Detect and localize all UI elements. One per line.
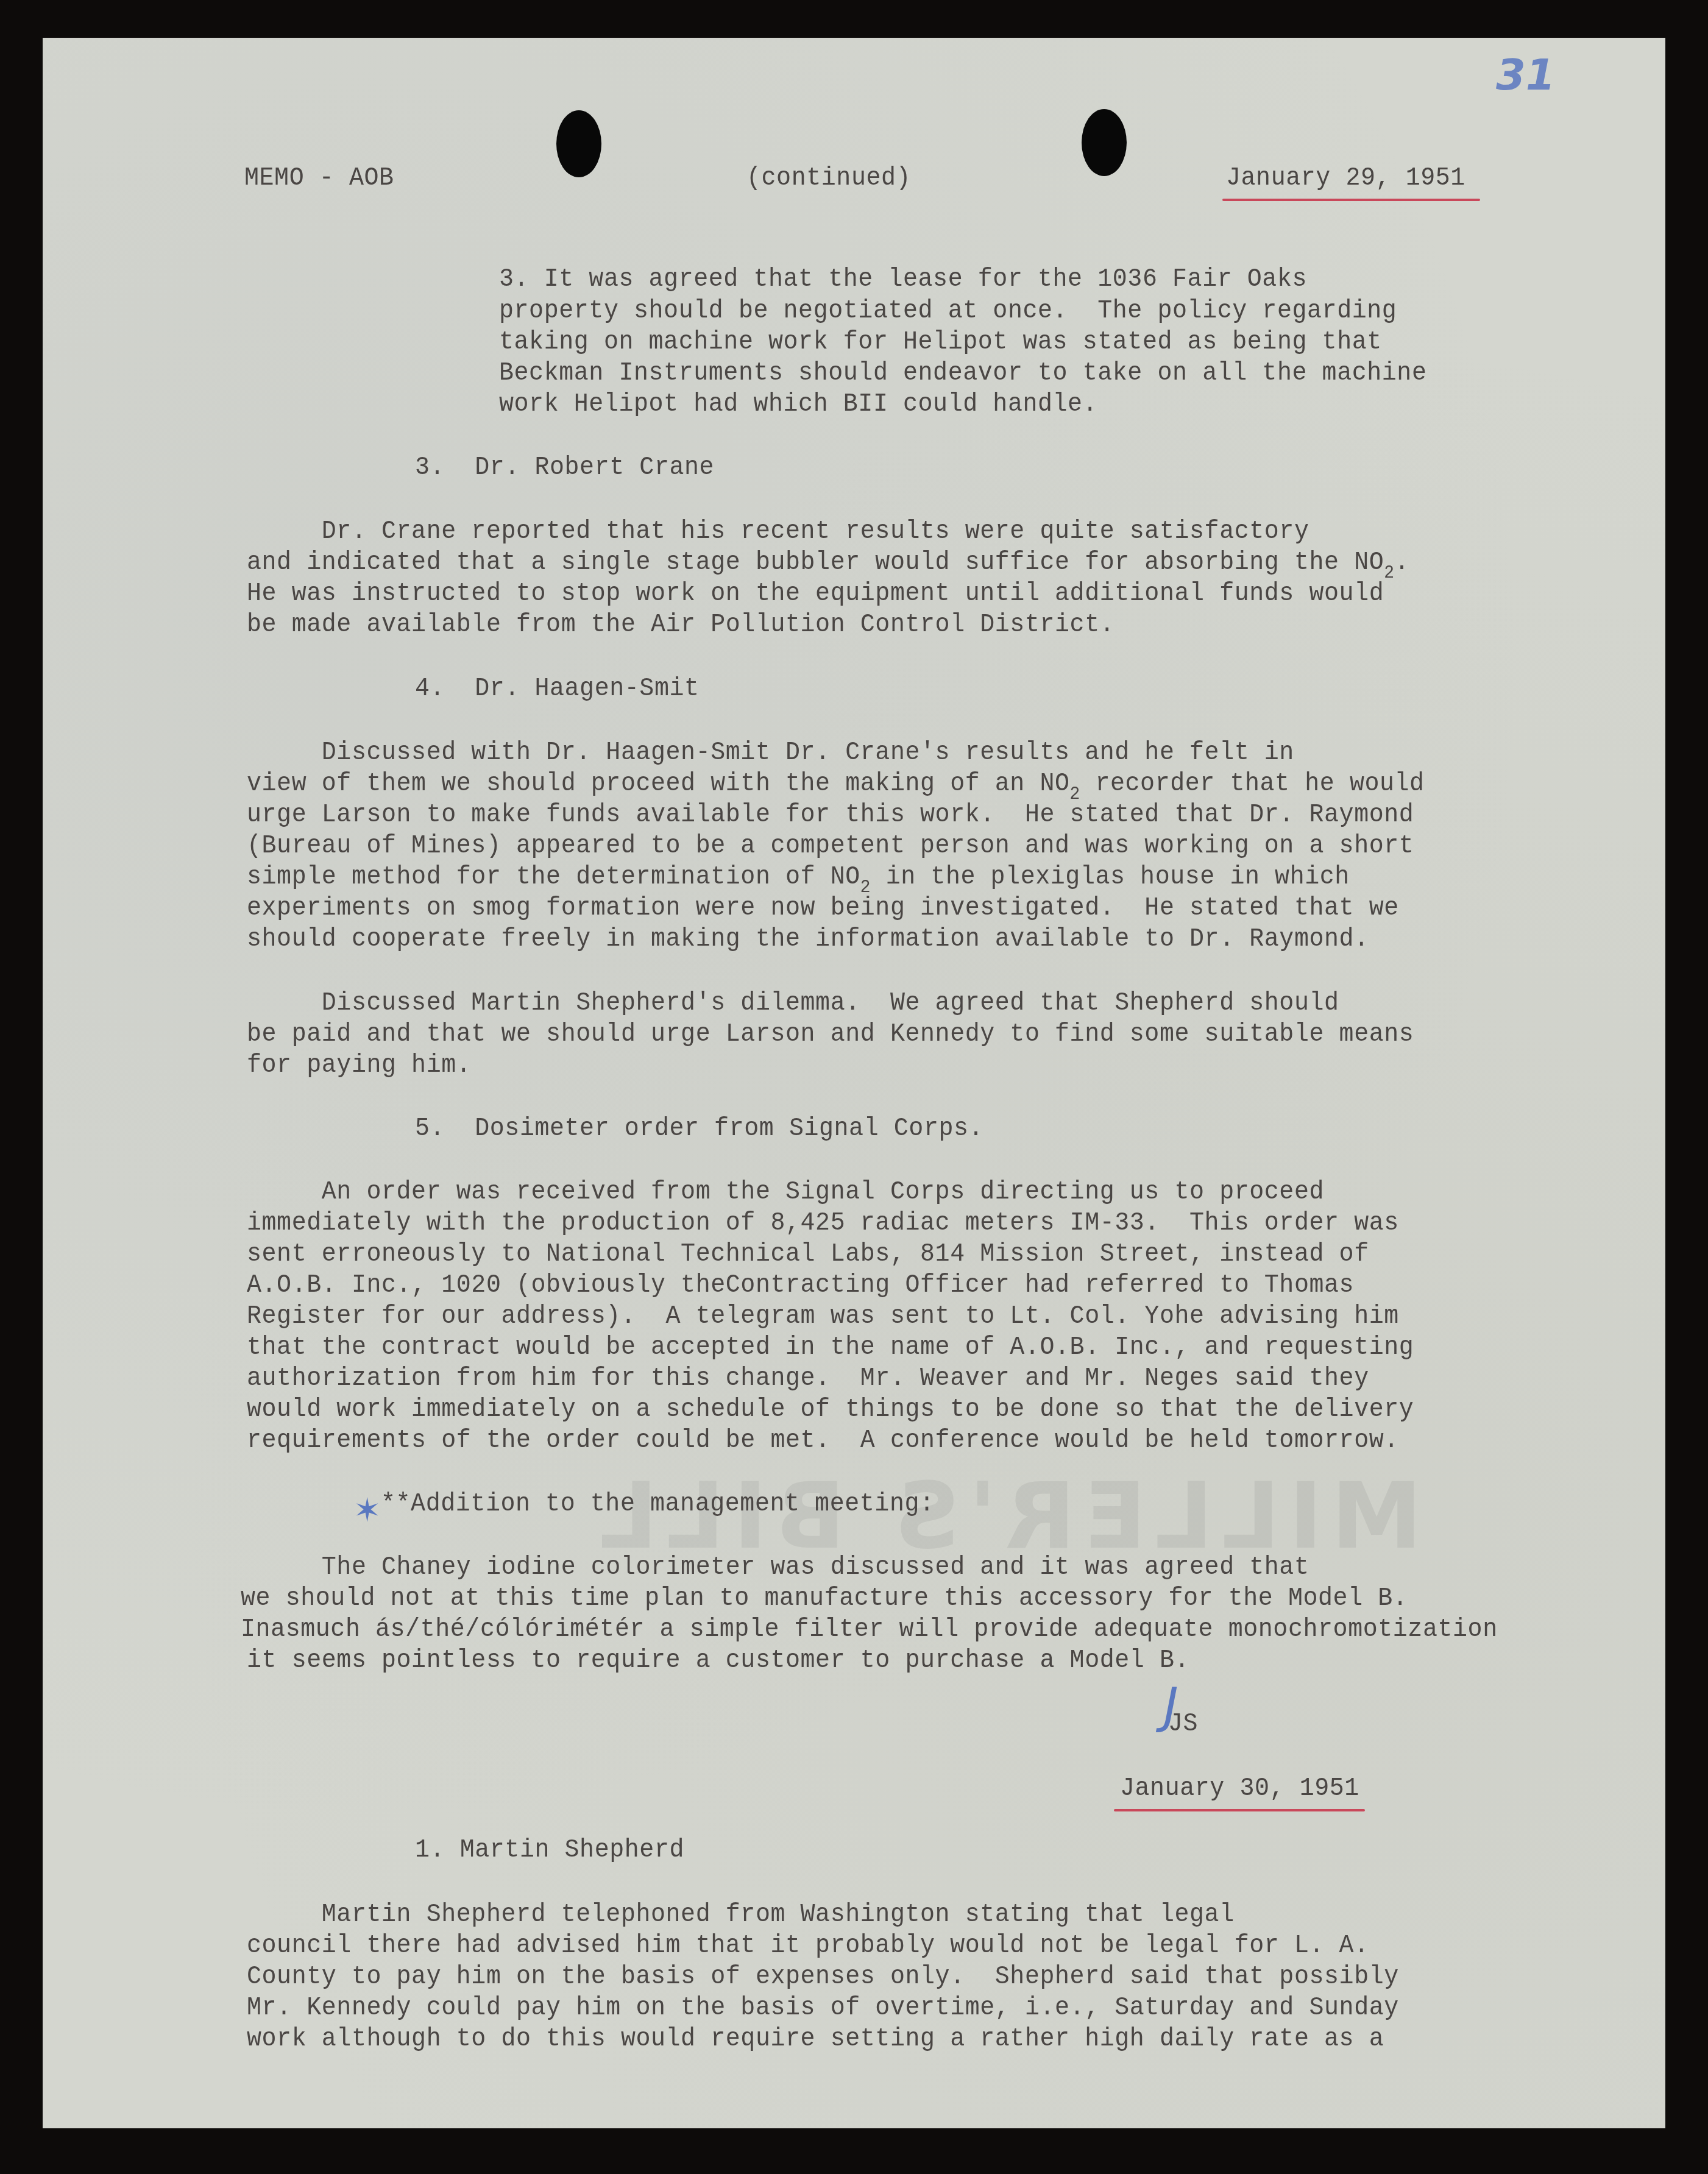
text-line: be paid and that we should urge Larson a…	[247, 1018, 1414, 1050]
text-line: Beckman Instruments should endeavor to t…	[499, 357, 1426, 389]
text-line: taking on machine work for Helipot was s…	[499, 326, 1382, 358]
text-fragment: Inasmuch	[241, 1614, 375, 1644]
text-fragment: .	[1395, 547, 1410, 577]
memo-header-left: MEMO - AOB	[244, 162, 394, 194]
date-underline	[1222, 199, 1480, 201]
text-line: urge Larson to make funds available for …	[247, 799, 1414, 830]
text-line: He was instructed to stop work on the eq…	[247, 578, 1384, 609]
text-line: we should not at this time plan to manuf…	[241, 1582, 1408, 1614]
text-line: that the contract would be accepted in t…	[247, 1331, 1414, 1363]
text-line: Mr. Kennedy could pay him on the basis o…	[247, 1992, 1399, 2024]
text-line: property should be negotiated at once. T…	[499, 295, 1397, 327]
section-heading: 1. Martin Shepherd	[415, 1834, 684, 1866]
text-fragment: in the plexiglas house in which	[871, 862, 1350, 891]
text-line: Discussed Martin Shepherd's dilemma. We …	[247, 987, 1339, 1019]
text-line: work although to do this would require s…	[247, 2023, 1384, 2055]
text-line: (Bureau of Mines) appeared to be a compe…	[247, 830, 1414, 862]
subscript: 2	[1384, 563, 1394, 584]
section-heading: 5. Dosimeter order from Signal Corps.	[415, 1113, 983, 1144]
text-line: Inasmuch ás/thé/cólórimétér a simple fil…	[241, 1613, 1498, 1645]
text-line: 3. It was agreed that the lease for the …	[499, 263, 1307, 295]
text-line: should cooperate freely in making the in…	[247, 923, 1369, 955]
text-line: for paying him.	[247, 1049, 471, 1081]
text-line: An order was received from the Signal Co…	[247, 1176, 1324, 1208]
text-line: it seems pointless to require a customer…	[247, 1645, 1189, 1676]
section-heading: **Addition to the management meeting:	[381, 1488, 935, 1520]
text-fragment: recorder that he would	[1080, 768, 1425, 798]
memo-page: MILLER'S BILL 31 MEMO - AOB (continued) …	[43, 38, 1665, 2128]
date-underline	[1114, 1809, 1365, 1811]
text-line: simple method for the determination of N…	[247, 861, 1350, 895]
struck-out-text: ás/thé/cólórimétér	[375, 1614, 645, 1644]
punch-hole-right	[1082, 109, 1127, 176]
asterisk-ink-mark: ✶	[353, 1491, 381, 1529]
text-line: council there had advised him that it pr…	[247, 1930, 1369, 1961]
text-line: Discussed with Dr. Haagen-Smit Dr. Crane…	[247, 737, 1294, 768]
typed-initials: JS	[1168, 1708, 1198, 1740]
text-fragment: view of them we should proceed with the …	[247, 768, 1070, 798]
text-line: immediately with the production of 8,425…	[247, 1207, 1399, 1239]
text-line: County to pay him on the basis of expens…	[247, 1961, 1399, 1992]
text-fragment: simple method for the determination of N…	[247, 862, 860, 891]
text-line: sent erroneously to National Technical L…	[247, 1238, 1369, 1270]
text-line: The Chaney iodine colorimeter was discus…	[247, 1551, 1309, 1583]
text-line: authorization from him for this change. …	[247, 1362, 1369, 1394]
memo-header-date: January 29, 1951	[1226, 162, 1465, 194]
text-fragment: and indicated that a single stage bubble…	[247, 547, 1384, 577]
text-line: and indicated that a single stage bubble…	[247, 547, 1409, 581]
text-line: A.O.B. Inc., 1020 (obviously theContract…	[247, 1269, 1354, 1301]
memo-header-continued: (continued)	[746, 162, 911, 194]
text-line: experiments on smog formation were now b…	[247, 892, 1399, 924]
text-fragment: a simple filter will provide adequate mo…	[645, 1614, 1498, 1644]
text-line: Register for our address). A telegram wa…	[247, 1300, 1399, 1332]
handwritten-page-number: 31	[1496, 50, 1555, 100]
text-line: Dr. Crane reported that his recent resul…	[247, 515, 1309, 547]
text-line: requirements of the order could be met. …	[247, 1425, 1399, 1456]
entry-date: January 30, 1951	[1120, 1772, 1359, 1804]
section-heading: 4. Dr. Haagen-Smit	[415, 673, 700, 704]
text-line: would work immediately on a schedule of …	[247, 1393, 1414, 1425]
text-line: work Helipot had which BII could handle.	[499, 388, 1097, 420]
section-heading: 3. Dr. Robert Crane	[415, 451, 714, 483]
punch-hole-left	[556, 110, 601, 177]
text-line: Martin Shepherd telephoned from Washingt…	[247, 1899, 1235, 1930]
text-line: view of them we should proceed with the …	[247, 768, 1425, 802]
text-line: be made available from the Air Pollution…	[247, 609, 1114, 640]
